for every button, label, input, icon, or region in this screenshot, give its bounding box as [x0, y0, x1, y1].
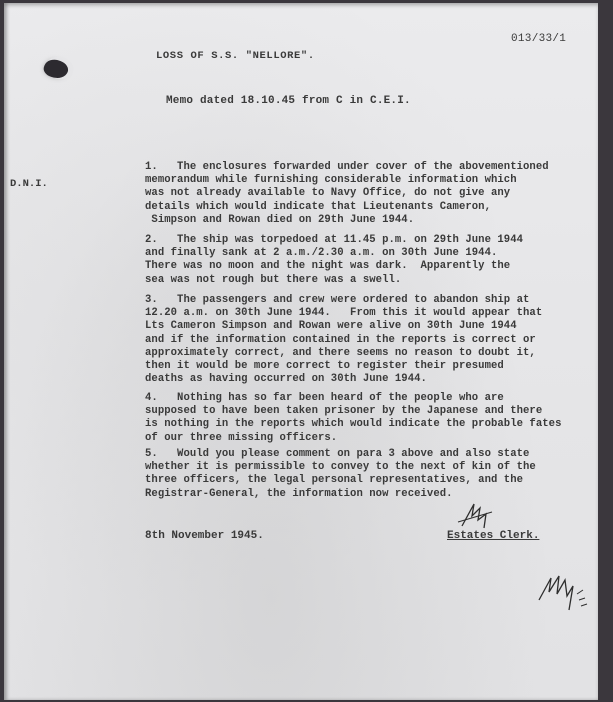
paragraph-1: 1. The enclosures forwarded under cover … [145, 161, 613, 227]
paragraph-4: 4. Nothing has so far been heard of the … [145, 392, 613, 445]
ink-blot-mark [42, 56, 71, 81]
paragraph-2: 2. The ship was torpedoed at 11.45 p.m. … [145, 234, 613, 287]
margin-addressee: D.N.I. [10, 178, 48, 190]
document-title: LOSS OF S.S. "NELLORE". [156, 50, 315, 62]
paragraph-5: 5. Would you please comment on para 3 ab… [145, 448, 613, 501]
handwritten-initials-icon [456, 500, 496, 532]
document-date: 8th November 1945. [145, 530, 264, 542]
memo-reference: Memo dated 18.10.45 from C in C.E.I. [166, 95, 411, 107]
file-reference: 013/33/1 [511, 33, 566, 45]
document-page: 013/33/1 LOSS OF S.S. "NELLORE". Memo da… [4, 3, 598, 700]
signatory-title: Estates Clerk. [447, 530, 539, 542]
handwritten-annotation-icon [537, 570, 599, 615]
paragraph-3: 3. The passengers and crew were ordered … [145, 294, 613, 386]
